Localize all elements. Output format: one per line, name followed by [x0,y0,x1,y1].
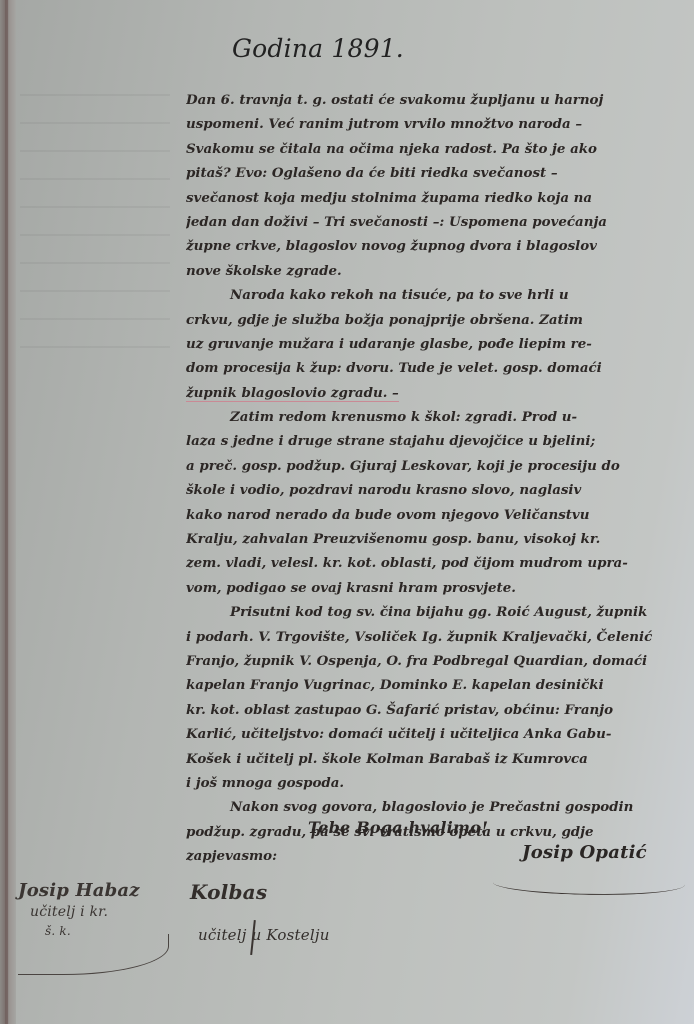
text-line: župne crkve, blagoslov novog župnog dvor… [186,234,686,258]
text-line: uz gruvanje mužara i udaranje glasbe, po… [186,332,686,356]
signature-left-role: učitelj i kr. [30,904,108,920]
signature-flourish [493,869,686,899]
text-line: laza s jedne i druge strane stajahu djev… [186,429,686,453]
text-line: Nakon svog govora, blagoslovio je Prečas… [186,795,686,819]
text-line: Karlić, učiteljstvo: domaći učitelj i uč… [186,722,686,746]
document-page: Godina 1891. Dan 6. travnja t. g. ostati… [0,0,694,1024]
signature-left-name: Josip Habaz [18,880,140,901]
ink-bleed-through [20,80,170,360]
chronicle-body: Dan 6. travnja t. g. ostati će svakomu ž… [186,88,686,869]
text-line: kapelan Franjo Vugrinac, Dominko E. kape… [186,673,686,697]
text-line: svečanost koja medju stolnima župama rie… [186,186,686,210]
text-line: jedan dan doživi – Tri svečanosti –: Usp… [186,210,686,234]
signature-main: Josip Opatić [522,842,647,863]
text-line: Košek i učitelj pl. škole Kolman Barabaš… [186,747,686,771]
text-line: Dan 6. travnja t. g. ostati će svakomu ž… [186,88,686,112]
text-line: i još mnoga gospoda. [186,771,686,795]
text-line: uspomeni. Već ranim jutrom vrvilo množtv… [186,112,686,136]
text-line: Kralju, zahvalan Preuzvišenomu gosp. ban… [186,527,686,551]
text-line: dom procesija k žup: dvoru. Tude je vele… [186,356,686,380]
page-title: Godina 1891. [232,34,404,63]
text-line: kako narod nerado da bude ovom njegovo V… [186,503,686,527]
text-line: Naroda kako rekoh na tisuće, pa to sve h… [186,283,686,307]
text-line: vom, podigao se ovaj krasni hram prosvje… [186,576,686,600]
text-line: i podarh. V. Trgovište, Vsoliček Ig. žup… [186,625,686,649]
text-line: škole i vodio, pozdravi narodu krasno sl… [186,478,686,502]
text-line: Franjo, župnik V. Ospenja, O. fra Podbre… [186,649,686,673]
text-line: a preč. gosp. podžup. Gjuraj Leskovar, k… [186,454,686,478]
spine-edge [5,0,8,1024]
book-spine [0,0,16,1024]
signature-mid-role: učitelj u Kostelju [198,926,330,944]
text-line: crkvu, gdje je služba božja ponajprije o… [186,308,686,332]
text-line: nove školske zgrade. [186,259,686,283]
text-line: Svakomu se čitala na očima njeka radost.… [186,137,686,161]
signature-mid-name: Kolbas [190,880,267,904]
text-line: Prisutni kod tog sv. čina bijahu gg. Roi… [186,600,686,624]
text-line: pitaš? Evo: Oglašeno da će biti riedka s… [186,161,686,185]
underlined-text: župnik blagoslovio zgradu. – [186,385,399,402]
text-line: Zatim redom krenusmo k škol: zgradi. Pro… [186,405,686,429]
closing-phrase: Tebe Boga hvalimo! [308,818,488,837]
text-line: zem. vladi, velesl. kr. kot. oblasti, po… [186,551,686,575]
text-line: župnik blagoslovio zgradu. – [186,381,686,405]
text-line: kr. kot. oblast zastupao G. Šafarić pris… [186,698,686,722]
signature-left-flourish [18,934,169,975]
